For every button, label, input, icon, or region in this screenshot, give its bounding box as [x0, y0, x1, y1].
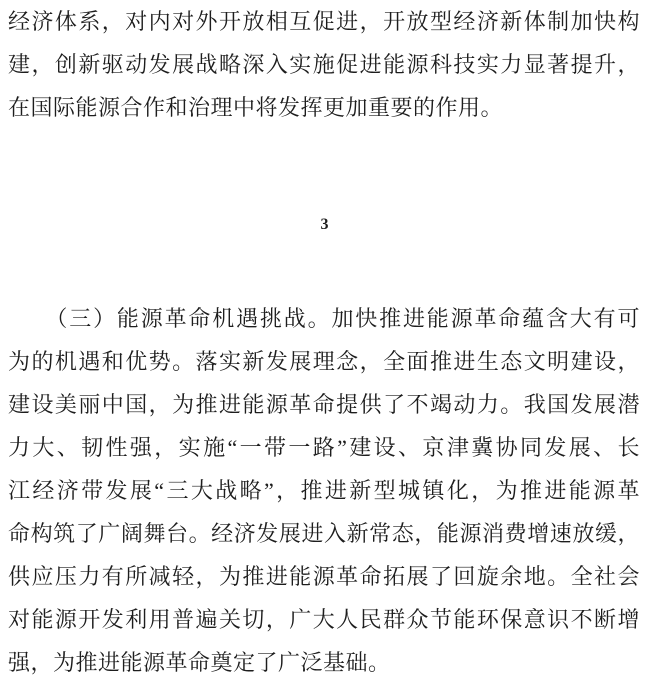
- text-line: 经济体系，对内对外开放相互促进，开放型经济新体制加快构: [8, 0, 640, 43]
- page-number: 3: [0, 215, 649, 235]
- text-line: 命构筑了广阔舞台。经济发展进入新常态，能源消费增速放缓，: [8, 512, 640, 555]
- paragraph-section-three: （三）能源革命机遇挑战。加快推进能源革命蕴含大有可 为的机遇和优势。落实新发展理…: [8, 297, 640, 683]
- text-line: 建设美丽中国，为推进能源革命提供了不竭动力。我国发展潜: [8, 383, 640, 426]
- paragraph-continuation: 经济体系，对内对外开放相互促进，开放型经济新体制加快构 建，创新驱动发展战略深入…: [8, 0, 640, 129]
- text-line: （三）能源革命机遇挑战。加快推进能源革命蕴含大有可: [8, 297, 640, 340]
- text-line: 为的机遇和优势。落实新发展理念，全面推进生态文明建设，: [8, 340, 640, 383]
- text-line: 力大、韧性强，实施“一带一路”建设、京津冀协同发展、长: [8, 426, 640, 469]
- text-line: 强，为推进能源革命奠定了广泛基础。: [8, 641, 640, 683]
- text-line: 供应压力有所减轻，为推进能源革命拓展了回旋余地。全社会: [8, 555, 640, 598]
- document-page: 经济体系，对内对外开放相互促进，开放型经济新体制加快构 建，创新驱动发展战略深入…: [0, 0, 649, 683]
- text-line: 建，创新驱动发展战略深入实施促进能源科技实力显著提升，: [8, 43, 640, 86]
- text-line: 江经济带发展“三大战略”，推进新型城镇化，为推进能源革: [8, 469, 640, 512]
- text-line: 在国际能源合作和治理中将发挥更加重要的作用。: [8, 86, 640, 129]
- text-line: 对能源开发利用普遍关切，广大人民群众节能环保意识不断增: [8, 598, 640, 641]
